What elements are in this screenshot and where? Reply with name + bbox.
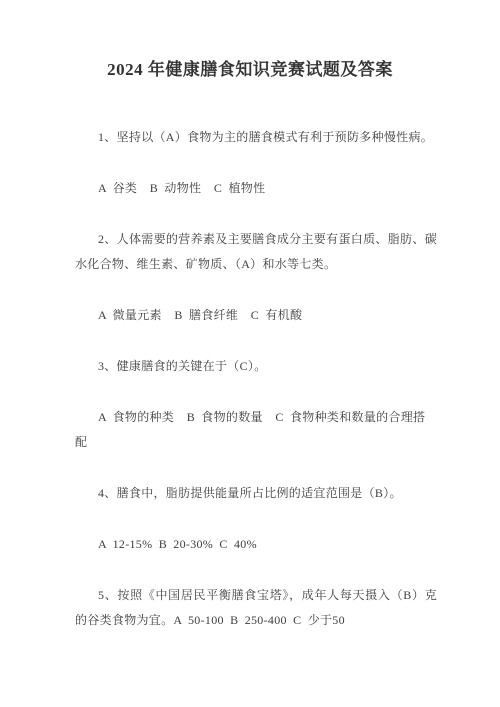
question-block: 2、人体需要的营养素及主要膳食成分主要有蛋白质、脂肪、碳水化合物、维生素、矿物质…	[75, 227, 437, 328]
question-block: 4、膳食中，脂肪提供能量所占比例的适宜范围是（B）。 A 12-15% B 20…	[75, 481, 437, 557]
question-options: A 微量元素 B 膳食纤维 C 有机酸	[75, 303, 437, 328]
question-options: A 食物的种类 B 食物的数量 C 食物种类和数量的合理搭配	[75, 405, 437, 455]
question-block: 3、健康膳食的关键在于（C）。 A 食物的种类 B 食物的数量 C 食物种类和数…	[75, 354, 437, 455]
question-stem: 5、按照《中国居民平衡膳食宝塔》，成年人每天摄入（B）克的谷类食物为宜。A 50…	[75, 583, 437, 633]
question-stem: 4、膳食中，脂肪提供能量所占比例的适宜范围是（B）。	[75, 481, 437, 506]
document-title: 2024 年健康膳食知识竞赛试题及答案	[0, 0, 500, 83]
question-block: 1、坚持以（A）食物为主的膳食模式有利于预防多种慢性病。 A 谷类 B 动物性 …	[75, 125, 437, 201]
question-stem: 1、坚持以（A）食物为主的膳食模式有利于预防多种慢性病。	[75, 125, 437, 150]
question-block: 5、按照《中国居民平衡膳食宝塔》，成年人每天摄入（B）克的谷类食物为宜。A 50…	[75, 583, 437, 633]
questions-container: 1、坚持以（A）食物为主的膳食模式有利于预防多种慢性病。 A 谷类 B 动物性 …	[75, 125, 437, 633]
question-options: A 谷类 B 动物性 C 植物性	[75, 176, 437, 201]
question-stem: 3、健康膳食的关键在于（C）。	[75, 354, 437, 379]
question-options: A 12-15% B 20-30% C 40%	[75, 532, 437, 557]
question-stem: 2、人体需要的营养素及主要膳食成分主要有蛋白质、脂肪、碳水化合物、维生素、矿物质…	[75, 227, 437, 277]
document-page: 2024 年健康膳食知识竞赛试题及答案 1、坚持以（A）食物为主的膳食模式有利于…	[0, 0, 500, 707]
